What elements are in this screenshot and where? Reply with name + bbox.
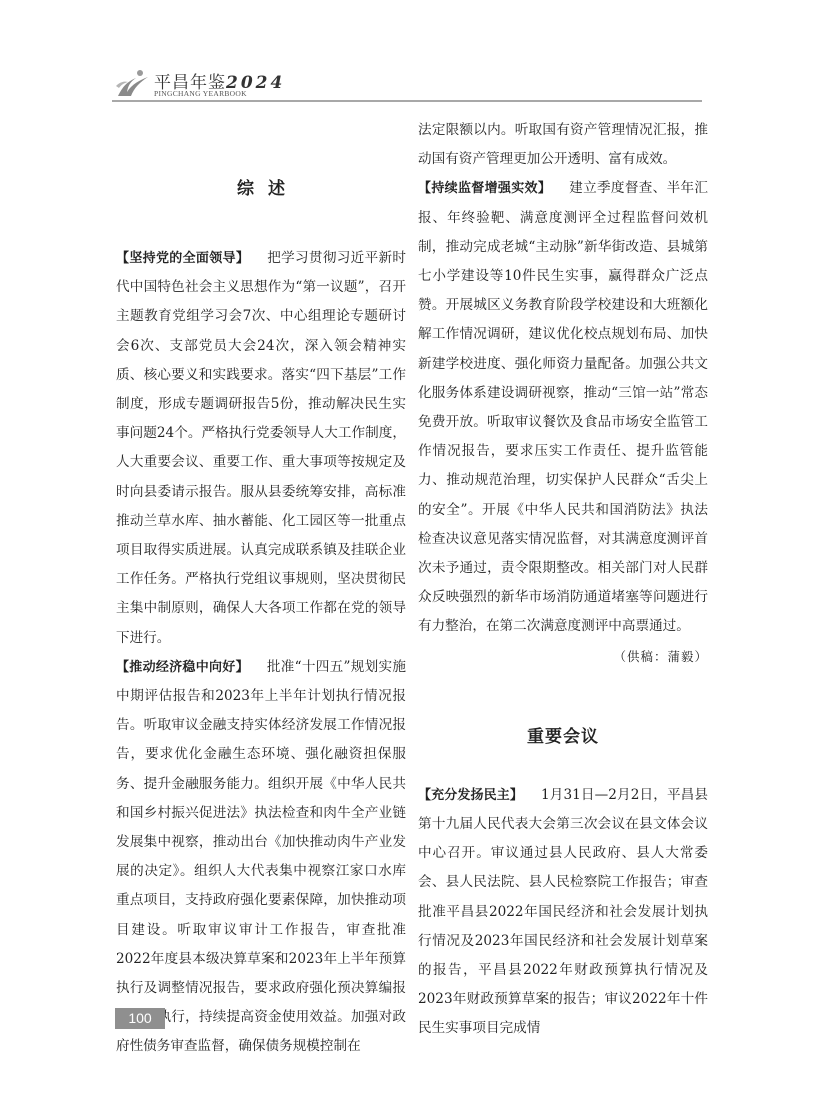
paragraph-text: 1月31日—2月2日，平昌县第十九届人民代表大会第三次会议在县文体会议中心召开。… — [418, 787, 708, 1037]
section-title-overview: 综述 — [116, 166, 406, 216]
paragraph-text: 把学习贯彻习近平新时代中国特色社会主义思想作为“第一议题”，召开主题教育党组学习… — [116, 250, 406, 646]
header-divider — [112, 100, 702, 102]
paragraph-heading: 【持续监督增强实效】 — [418, 181, 551, 196]
paragraph-heading: 【推动经济稳中向好】 — [116, 660, 249, 675]
paragraph-continued: 法定限额以内。听取国有资产管理情况汇报，推动国有资产管理更加公开透明、富有成效。 — [418, 116, 708, 174]
yearbook-subtitle: PINGCHANG YEARBOOK — [154, 89, 247, 98]
contributor-credit: （供稿：蒲毅） — [418, 642, 708, 671]
paragraph-text: 法定限额以内。听取国有资产管理情况汇报，推动国有资产管理更加公开透明、富有成效。 — [418, 122, 708, 167]
runner-logo-icon — [114, 68, 150, 98]
paragraph-text: 建立季度督查、半年汇报、年终验靶、满意度测评全过程监督问效机制，推动完成老城“主… — [418, 180, 708, 634]
page-number: 100 — [115, 1008, 165, 1029]
paragraph-party-leadership: 【坚持党的全面领导】把学习贯彻习近平新时代中国特色社会主义思想作为“第一议题”，… — [116, 244, 406, 653]
paragraph-heading: 【坚持党的全面领导】 — [116, 251, 249, 266]
paragraph-economy: 【推动经济稳中向好】批准“十四五”规划实施中期评估报告和2023年上半年计划执行… — [116, 653, 406, 1062]
left-column: 综述 【坚持党的全面领导】把学习贯彻习近平新时代中国特色社会主义思想作为“第一议… — [116, 166, 406, 1062]
paragraph-supervision: 【持续监督增强实效】建立季度督查、半年汇报、年终验靶、满意度测评全过程监督问效机… — [418, 174, 708, 641]
paragraph-text: 批准“十四五”规划实施中期评估报告和2023年上半年计划执行情况报告。听取审议金… — [116, 659, 406, 1055]
right-column: 法定限额以内。听取国有资产管理情况汇报，推动国有资产管理更加公开透明、富有成效。… — [418, 116, 708, 1044]
paragraph-democracy: 【充分发扬民主】1月31日—2月2日，平昌县第十九届人民代表大会第三次会议在县文… — [418, 781, 708, 1044]
page-header: 平昌年鉴2024 PINGCHANG YEARBOOK — [112, 64, 702, 104]
section-title-meetings: 重要会议 — [418, 713, 708, 761]
paragraph-heading: 【充分发扬民主】 — [418, 788, 523, 803]
